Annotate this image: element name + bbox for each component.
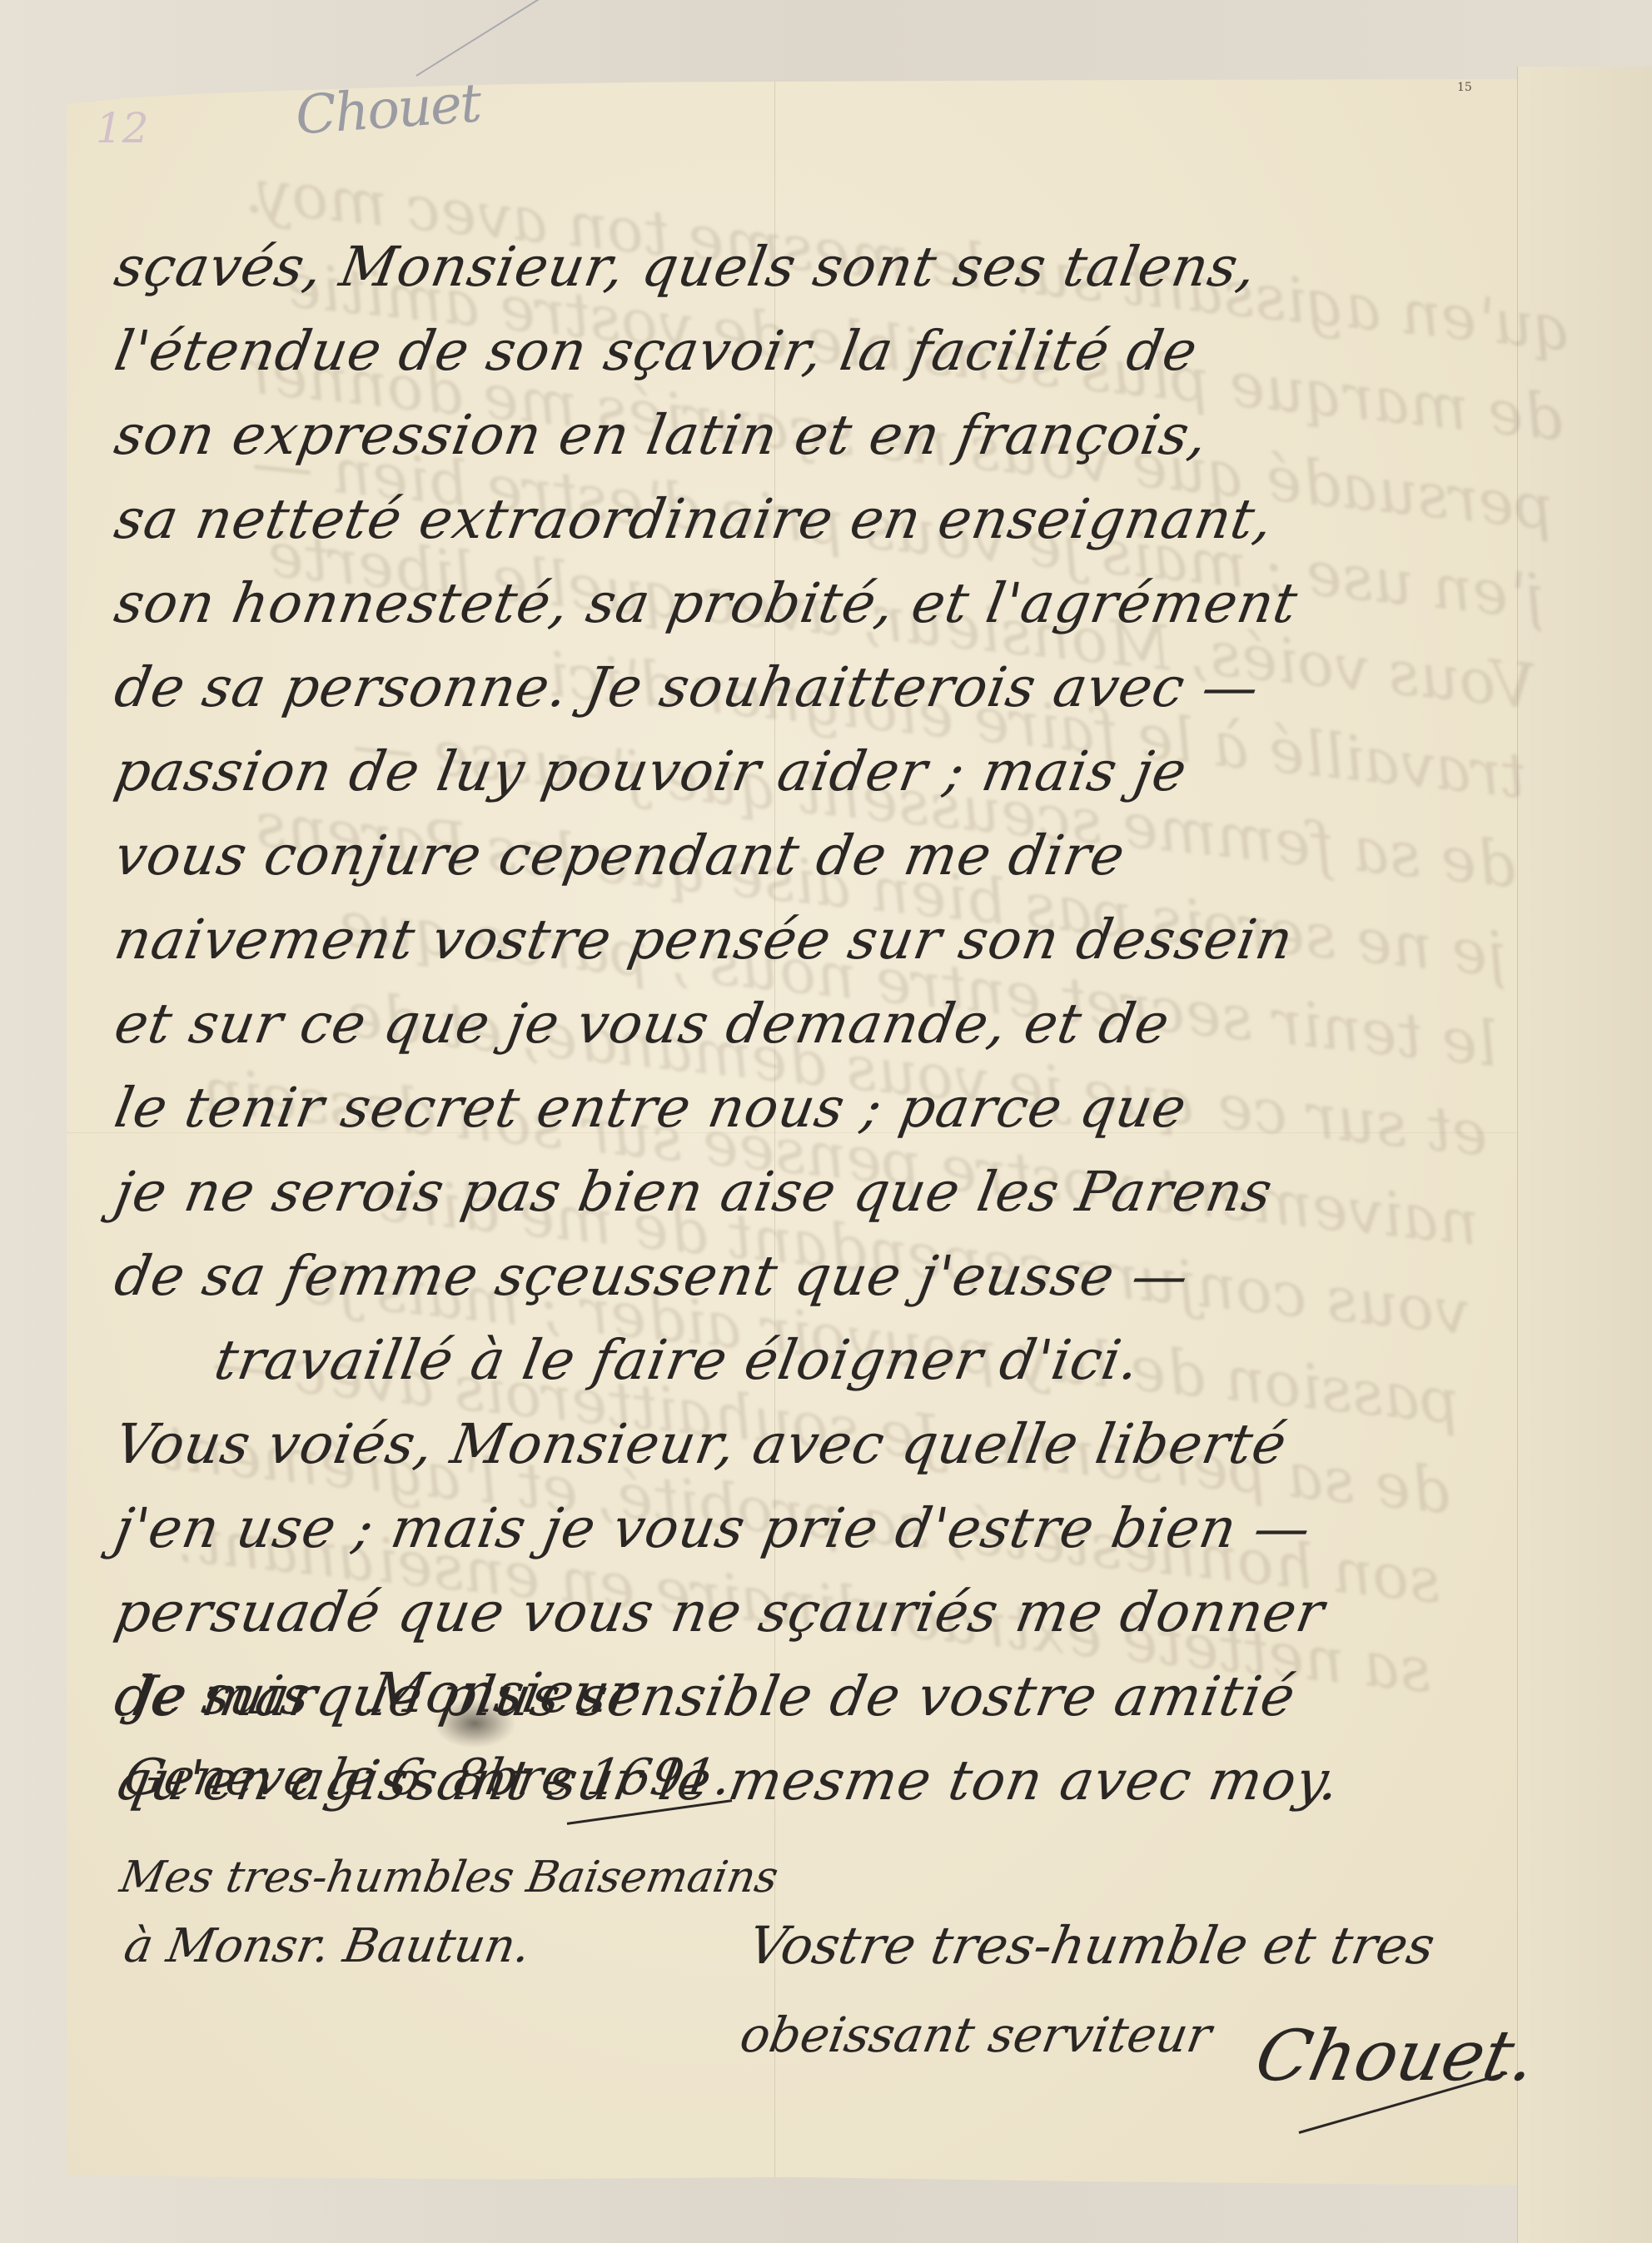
body-line: travaillé à le faire éloigner d'ici. xyxy=(108,1318,1530,1402)
body-line: sçavés, Monsieur, quels sont ses talens, xyxy=(108,225,1530,309)
body-line: j'en use ; mais je vous prie d'estre bie… xyxy=(108,1486,1530,1570)
signature: Chouet. xyxy=(1249,2015,1544,2096)
closing-formula-line-2: obeissant serviteur xyxy=(736,2007,1216,2063)
body-line: sa netteté extraordinaire en enseignant, xyxy=(108,477,1530,561)
body-line: passion de luy pouvoir aider ; mais je xyxy=(108,729,1530,813)
body-line: de sa femme sçeussent que j'eusse — xyxy=(108,1234,1530,1318)
body-line: son honnesteté, sa probité, et l'agrémen… xyxy=(108,561,1530,645)
body-line: l'étendue de son sçavoir, la facilité de xyxy=(108,309,1530,393)
body-line: le tenir secret entre nous ; parce que xyxy=(108,1066,1530,1150)
body-line: persuadé que vous ne sçauriés me donner xyxy=(108,1570,1530,1654)
body-line: de sa personne. Je souhaitterois avec — xyxy=(108,645,1530,729)
addressee: à Monsr. Bautun. xyxy=(120,1919,535,1973)
body-line: je ne serois pas bien aise que les Paren… xyxy=(108,1150,1530,1234)
body-line: naivement vostre pensée sur son dessein xyxy=(108,898,1530,982)
closing-baisemains: Mes tres-humbles Baisemains xyxy=(117,1853,782,1902)
adjacent-sheet xyxy=(1517,67,1652,2243)
body-line: de marque plus sensible de vostre amitié xyxy=(108,1654,1530,1738)
body-line: Vous voiés, Monsieur, avec quelle libert… xyxy=(108,1402,1530,1486)
place-date: Geneve le 6. 8bre 1691. xyxy=(120,1748,736,1807)
closing-salutation: Monsieur xyxy=(365,1661,640,1725)
closing-je-suis: Je suis xyxy=(127,1665,314,1727)
folio-mark: 12 xyxy=(96,104,149,152)
letter-body: sçavés, Monsieur, quels sont ses talens,… xyxy=(108,225,1515,1823)
closing-formula-line-1: Vostre tres-humble et tres xyxy=(744,1915,1440,1976)
pencil-annotation: Chouet xyxy=(294,72,482,147)
body-line: et sur ce que je vous demande, et de xyxy=(108,982,1530,1066)
corner-mark: 15 xyxy=(1457,81,1472,94)
body-line: son expression en latin et en françois, xyxy=(108,393,1530,477)
body-line: vous conjure cependant de me dire xyxy=(108,813,1530,898)
